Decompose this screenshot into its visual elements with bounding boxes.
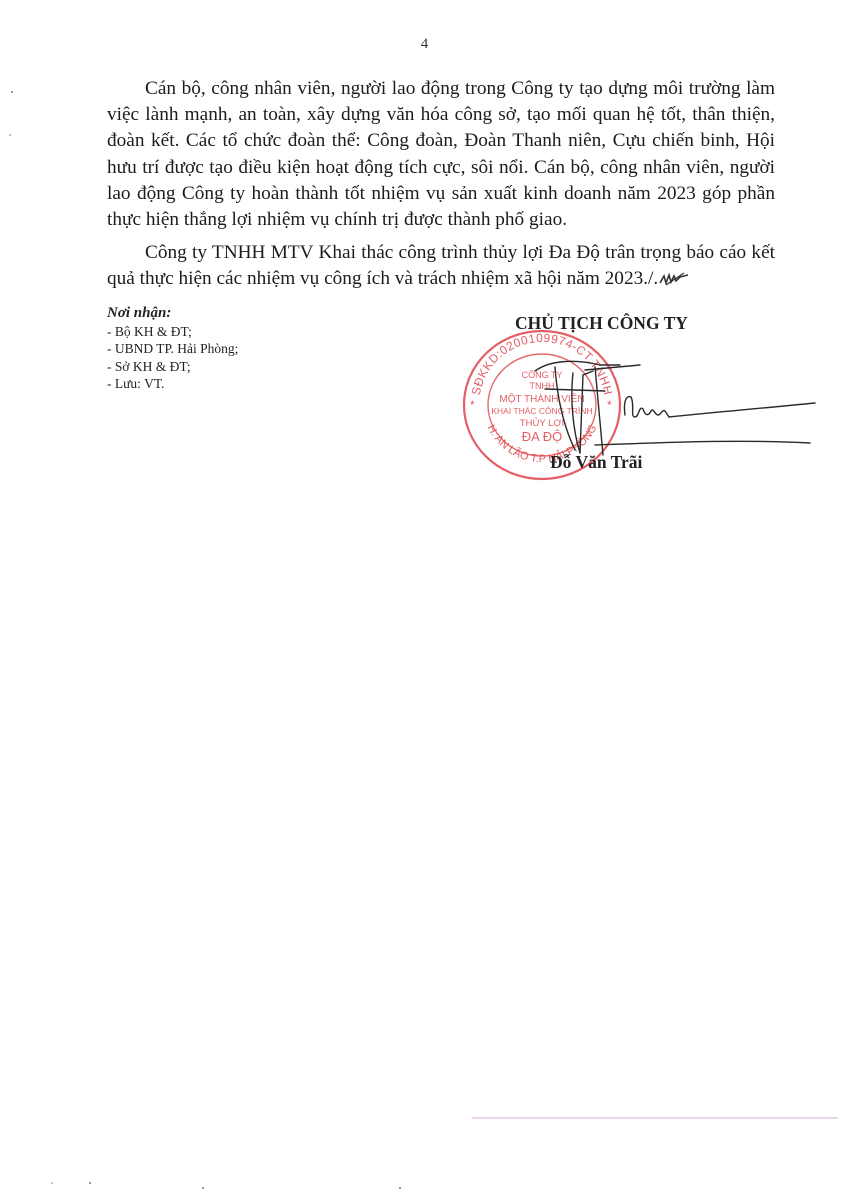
footer-divider bbox=[472, 1117, 838, 1119]
recipient-item: - Bộ KH & ĐT; bbox=[107, 323, 238, 341]
recipients-block: Nơi nhận: - Bộ KH & ĐT; - UBND TP. Hải P… bbox=[107, 305, 238, 393]
body-paragraph-2: Công ty TNHH MTV Khai thác công trình th… bbox=[107, 240, 775, 292]
body-paragraph-1: Cán bộ, công nhân viên, người lao động t… bbox=[107, 76, 775, 233]
page-number: 4 bbox=[0, 36, 849, 53]
recipients-heading: Nơi nhận: bbox=[107, 305, 238, 323]
recipient-item: - UBND TP. Hải Phòng; bbox=[107, 340, 238, 358]
initial-mark-icon bbox=[658, 271, 690, 287]
recipient-item: - Lưu: VT. bbox=[107, 375, 238, 393]
recipient-item: - Sở KH & ĐT; bbox=[107, 358, 238, 376]
signatory-name: Đỗ Văn Trãi bbox=[550, 452, 642, 473]
signature-block: SĐKKD:0200109974-CT.TNHH H. AN LÃO T.P H… bbox=[455, 305, 825, 485]
